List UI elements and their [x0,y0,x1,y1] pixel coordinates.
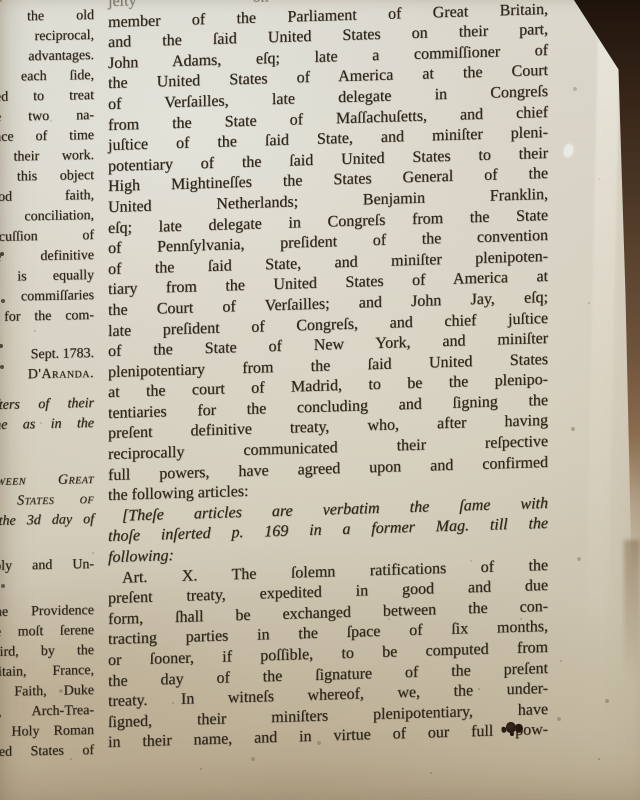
text-line: etween Great [0,470,94,492]
text-line: he Holy Roman [0,721,94,743]
text-line: med to treat [0,86,94,108]
text-line: Sept. 1783. [0,344,94,366]
text-line: good faith, [0,186,94,208]
text-line: at this object [0,166,94,188]
ink-blot-catchword-ornament [506,722,516,733]
text-line: the definitive [0,246,94,268]
text-line: , the 3d day of [0,510,94,532]
text-line: ſ, [0,583,94,605]
page-fore-edge-highlight [585,0,620,640]
text-line: on each ſide, [0,66,94,88]
text-line: e for the com- [0,306,94,328]
right-text-column: jeſty on his part,member of the Parliame… [108,0,548,754]
text-line: Holy and Un- [0,555,94,577]
text-line: d States of [0,490,94,512]
text-line: ame as in the [0,414,94,436]
text-line: the two na- [0,106,94,128]
magazine-page-photo: in the oldreciprocal,advantages.on each … [0,0,640,800]
text-line: reciprocal, [0,26,94,48]
text-line: Third, by the [0,641,94,663]
text-line: y is equally [0,266,94,288]
text-line: advantages. [0,46,94,68]
text-line: D'Aranda. [0,364,94,386]
text-line: conciliation, [0,206,94,228]
text-line: the moſt ſerene [0,621,94,643]
text-line: in the old [0,6,94,28]
text-line: niſters of their [0,394,94,416]
text-line: ſpace of time [0,126,94,148]
text-line: he Faith, Duke [0,681,94,703]
paper-speckles [0,0,2,2]
text-line: gh, Arch-Trea- [0,701,94,723]
text-line: g their work. [0,146,94,168]
text-line: nited States of [0,741,94,763]
text-line: diſcuſſion of [0,226,94,248]
text-line: commiſſaries [0,286,94,308]
paper-fleck [562,143,574,158]
text-line: Britain, France, [0,661,94,683]
book-gutter-shadow-fade [624,540,640,680]
left-text-column: in the oldreciprocal,advantages.on each … [0,6,94,763]
